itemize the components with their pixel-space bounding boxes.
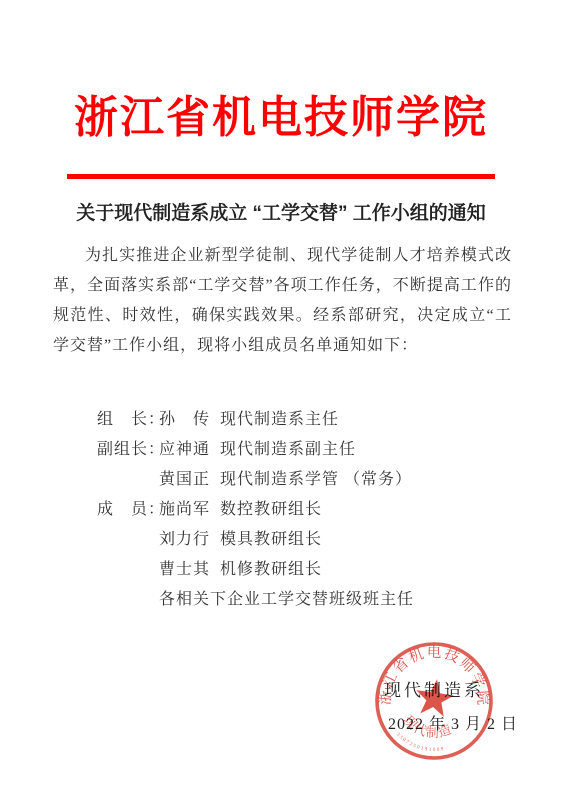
roster-role-label: 副组长： <box>97 435 159 465</box>
roster-member-title: 数控教研组长 <box>220 501 322 518</box>
roster-member-name: 施尚军 <box>159 495 220 525</box>
letterhead-title: 浙江省机电技师学院 <box>0 0 562 144</box>
roster-row-leader: 组 长：孙 传现代制造系主任 <box>97 405 562 435</box>
roster-member-title: 现代制造系主任 <box>220 411 339 428</box>
roster-role-label: 组 长： <box>97 405 159 435</box>
roster-member-name: 应神通 <box>159 435 220 465</box>
roster-member-name: 曹士其 <box>159 555 220 585</box>
official-seal: 浙江省机电技师学院 现代制造系 3307250191009 <box>344 611 525 792</box>
seal-bottom-text: 现代制造系 <box>344 611 472 744</box>
roster-member-name: 孙 传 <box>159 405 220 435</box>
roster-member-name: 刘力行 <box>159 525 220 555</box>
notice-body: 为扎实推进企业新型学徒制、现代学徒制人才培养模式改革，全面落实系部“工学交替”各… <box>53 241 512 361</box>
roster-member-title: 现代制造系学管 （常务） <box>220 471 412 488</box>
roster-role-label: 成 员： <box>97 495 159 525</box>
roster-row-deputy2: 黄国正现代制造系学管 （常务） <box>97 465 562 495</box>
notice-title: 关于现代制造系成立 “工学交替” 工作小组的通知 <box>0 201 562 227</box>
roster-row-deputy: 副组长：应神通现代制造系副主任 <box>97 435 562 465</box>
roster-member-title: 机修教研组长 <box>220 561 322 578</box>
roster-row-member2: 刘力行模具教研组长 <box>97 525 562 555</box>
red-divider-line <box>67 174 495 179</box>
roster-row-member1: 成 员：施尚军数控教研组长 <box>97 495 562 525</box>
roster-member-title: 现代制造系副主任 <box>220 441 356 458</box>
roster-member-title: 模具教研组长 <box>220 531 322 548</box>
roster-row-member3: 曹士其机修教研组长 <box>97 555 562 585</box>
seal-star-icon <box>413 677 456 718</box>
roster-member-name: 黄国正 <box>159 465 220 495</box>
roster-member-name: 各相关下企业工学交替班级班主任 <box>159 585 414 615</box>
roster-list: 组 长：孙 传现代制造系主任 副组长：应神通现代制造系副主任 黄国正现代制造系学… <box>97 405 562 615</box>
document-page: 浙江省机电技师学院 关于现代制造系成立 “工学交替” 工作小组的通知 为扎实推进… <box>0 0 562 801</box>
roster-row-member4: 各相关下企业工学交替班级班主任 <box>97 585 562 615</box>
